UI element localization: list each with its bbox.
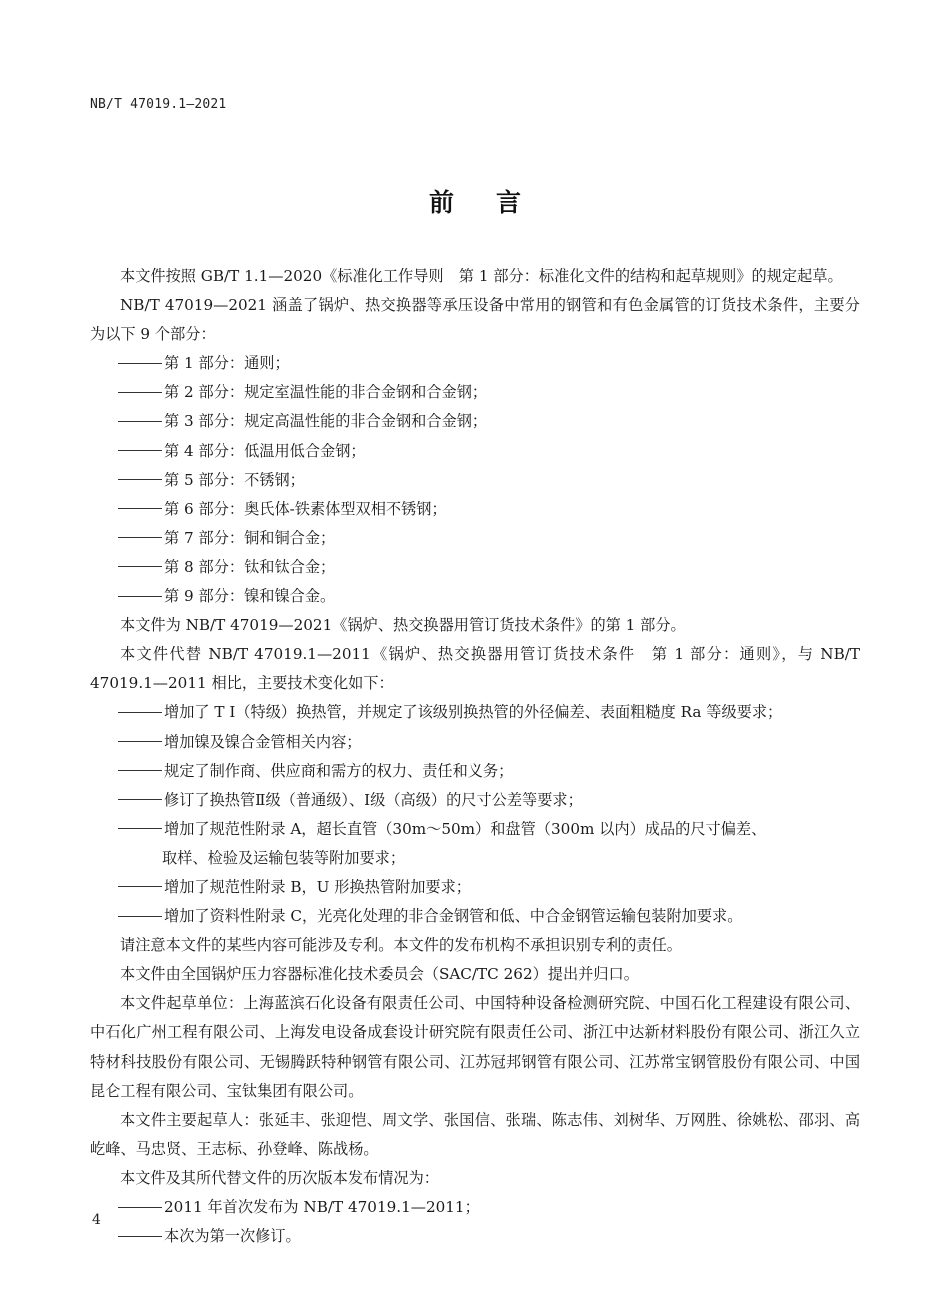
list-item-text: 第 5 部分：不锈钢； [164, 471, 305, 489]
list-item-text: 第 8 部分：钛和钛合金； [164, 558, 335, 576]
list-item: 第 1 部分：通则； [90, 349, 860, 378]
list-item: 本次为第一次修订。 [90, 1222, 860, 1251]
list-item: 第 8 部分：钛和钛合金； [90, 553, 860, 582]
paragraph: 本文件及其所代替文件的历次版本发布情况为： [90, 1164, 860, 1193]
paragraph-text: 本文件起草单位：上海蓝滨石化设备有限责任公司、中国特种设备检测研究院、中国石化工… [90, 994, 860, 1099]
paragraph: 本文件由全国锅炉压力容器标准化技术委员会（SAC/TC 262）提出并归口。 [90, 960, 860, 989]
em-dash-bullet-icon [118, 421, 162, 422]
em-dash-bullet-icon [118, 1207, 162, 1208]
em-dash-bullet-icon [118, 450, 162, 451]
em-dash-bullet-icon [118, 1236, 162, 1237]
list-item-text: 本次为第一次修订。 [164, 1227, 301, 1245]
list-item: 增加了规范性附录 B，U 形换热管附加要求； [90, 873, 860, 902]
list-item-text: 第 7 部分：铜和铜合金； [164, 529, 335, 547]
em-dash-bullet-icon [118, 596, 162, 597]
list-item-text: 修订了换热管Ⅱ级（普通级）、Ⅰ级（高级）的尺寸公差等要求； [164, 791, 583, 809]
paragraph-text: 本文件及其所代替文件的历次版本发布情况为： [120, 1169, 439, 1187]
list-item: 第 5 部分：不锈钢； [90, 466, 860, 495]
list-item-text: 第 2 部分：规定室温性能的非合金钢和合金钢； [164, 383, 487, 401]
list-item-text: 增加了规范性附录 B，U 形换热管附加要求； [164, 878, 471, 896]
paragraph: 本文件起草单位：上海蓝滨石化设备有限责任公司、中国特种设备检测研究院、中国石化工… [90, 989, 860, 1105]
list-item: 修订了换热管Ⅱ级（普通级）、Ⅰ级（高级）的尺寸公差等要求； [90, 786, 860, 815]
list-item: 2011 年首次发布为 NB/T 47019.1—2011； [90, 1193, 860, 1222]
list-item-text: 第 1 部分：通则； [164, 354, 290, 372]
page-title: 前言 [0, 183, 950, 219]
list-item: 增加了资料性附录 C，光亮化处理的非合金钢管和低、中合金钢管运输包装附加要求。 [90, 902, 860, 931]
list-item-text: 第 6 部分：奥氏体-铁素体型双相不锈钢； [164, 500, 447, 518]
list-item: 第 3 部分：规定高温性能的非合金钢和合金钢； [90, 407, 860, 436]
list-item-text: 第 4 部分：低温用低合金钢； [164, 442, 366, 460]
em-dash-bullet-icon [118, 566, 162, 567]
list-item-text: 增加镍及镍合金管相关内容； [164, 733, 361, 751]
list-item: 规定了制作商、供应商和需方的权力、责任和义务； [90, 757, 860, 786]
document-code-header: NB/T 47019.1—2021 [90, 97, 226, 112]
paragraph-text: 本文件由全国锅炉压力容器标准化技术委员会（SAC/TC 262）提出并归口。 [120, 965, 639, 983]
paragraph-text: 请注意本文件的某些内容可能涉及专利。本文件的发布机构不承担识别专利的责任。 [120, 936, 682, 954]
em-dash-bullet-icon [118, 479, 162, 480]
paragraph: 本文件为 NB/T 47019—2021《锅炉、热交换器用管订货技术条件》的第 … [90, 611, 860, 640]
list-item: 第 7 部分：铜和铜合金； [90, 524, 860, 553]
paragraph-text: 本文件代替 NB/T 47019.1—2011《锅炉、热交换器用管订货技术条件 … [90, 645, 860, 692]
list-item: 增加镍及镍合金管相关内容； [90, 728, 860, 757]
list-item: 增加了规范性附录 A，超长直管（30m～50m）和盘管（300m 以内）成品的尺… [90, 815, 860, 844]
list-item: 第 4 部分：低温用低合金钢； [90, 437, 860, 466]
em-dash-bullet-icon [118, 537, 162, 538]
list-item-text: 第 9 部分：镍和镍合金。 [164, 587, 335, 605]
document-body: 本文件按照 GB/T 1.1—2020《标准化工作导则 第 1 部分：标准化文件… [90, 262, 860, 1251]
list-item-text: 增加了资料性附录 C，光亮化处理的非合金钢管和低、中合金钢管运输包装附加要求。 [164, 907, 742, 925]
list-item: 第 2 部分：规定室温性能的非合金钢和合金钢； [90, 378, 860, 407]
list-item-text: 取样、检验及运输包装等附加要求； [162, 849, 405, 867]
list-item: 第 9 部分：镍和镍合金。 [90, 582, 860, 611]
list-item-text: 第 3 部分：规定高温性能的非合金钢和合金钢； [164, 412, 487, 430]
list-item-text: 2011 年首次发布为 NB/T 47019.1—2011； [164, 1198, 480, 1216]
paragraph: NB/T 47019—2021 涵盖了锅炉、热交换器等承压设备中常用的钢管和有色… [90, 291, 860, 349]
paragraph-text: 本文件按照 GB/T 1.1—2020《标准化工作导则 第 1 部分：标准化文件… [120, 267, 843, 285]
em-dash-bullet-icon [118, 508, 162, 509]
em-dash-bullet-icon [118, 828, 162, 829]
list-item-continuation: 取样、检验及运输包装等附加要求； [90, 844, 860, 873]
paragraph: 本文件主要起草人：张延丰、张迎恺、周文学、张国信、张瑞、陈志伟、刘树华、万网胜、… [90, 1106, 860, 1164]
paragraph-text: 本文件主要起草人：张延丰、张迎恺、周文学、张国信、张瑞、陈志伟、刘树华、万网胜、… [90, 1111, 860, 1158]
list-item: 增加了 T Ⅰ（特级）换热管，并规定了该级别换热管的外径偏差、表面粗糙度 Ra … [90, 698, 860, 727]
em-dash-bullet-icon [118, 799, 162, 800]
paragraph: 本文件代替 NB/T 47019.1—2011《锅炉、热交换器用管订货技术条件 … [90, 640, 860, 698]
em-dash-bullet-icon [118, 770, 162, 771]
paragraph-text: 本文件为 NB/T 47019—2021《锅炉、热交换器用管订货技术条件》的第 … [120, 616, 686, 634]
paragraph-text: NB/T 47019—2021 涵盖了锅炉、热交换器等承压设备中常用的钢管和有色… [90, 296, 860, 343]
list-item-text: 增加了 T Ⅰ（特级）换热管，并规定了该级别换热管的外径偏差、表面粗糙度 Ra … [164, 703, 782, 721]
page-number: 4 [92, 1212, 101, 1228]
paragraph: 本文件按照 GB/T 1.1—2020《标准化工作导则 第 1 部分：标准化文件… [90, 262, 860, 291]
em-dash-bullet-icon [118, 886, 162, 887]
list-item-text: 增加了规范性附录 A，超长直管（30m～50m）和盘管（300m 以内）成品的尺… [164, 820, 766, 838]
em-dash-bullet-icon [118, 741, 162, 742]
em-dash-bullet-icon [118, 916, 162, 917]
em-dash-bullet-icon [118, 392, 162, 393]
paragraph: 请注意本文件的某些内容可能涉及专利。本文件的发布机构不承担识别专利的责任。 [90, 931, 860, 960]
em-dash-bullet-icon [118, 363, 162, 364]
list-item: 第 6 部分：奥氏体-铁素体型双相不锈钢； [90, 495, 860, 524]
em-dash-bullet-icon [118, 712, 162, 713]
list-item-text: 规定了制作商、供应商和需方的权力、责任和义务； [164, 762, 513, 780]
